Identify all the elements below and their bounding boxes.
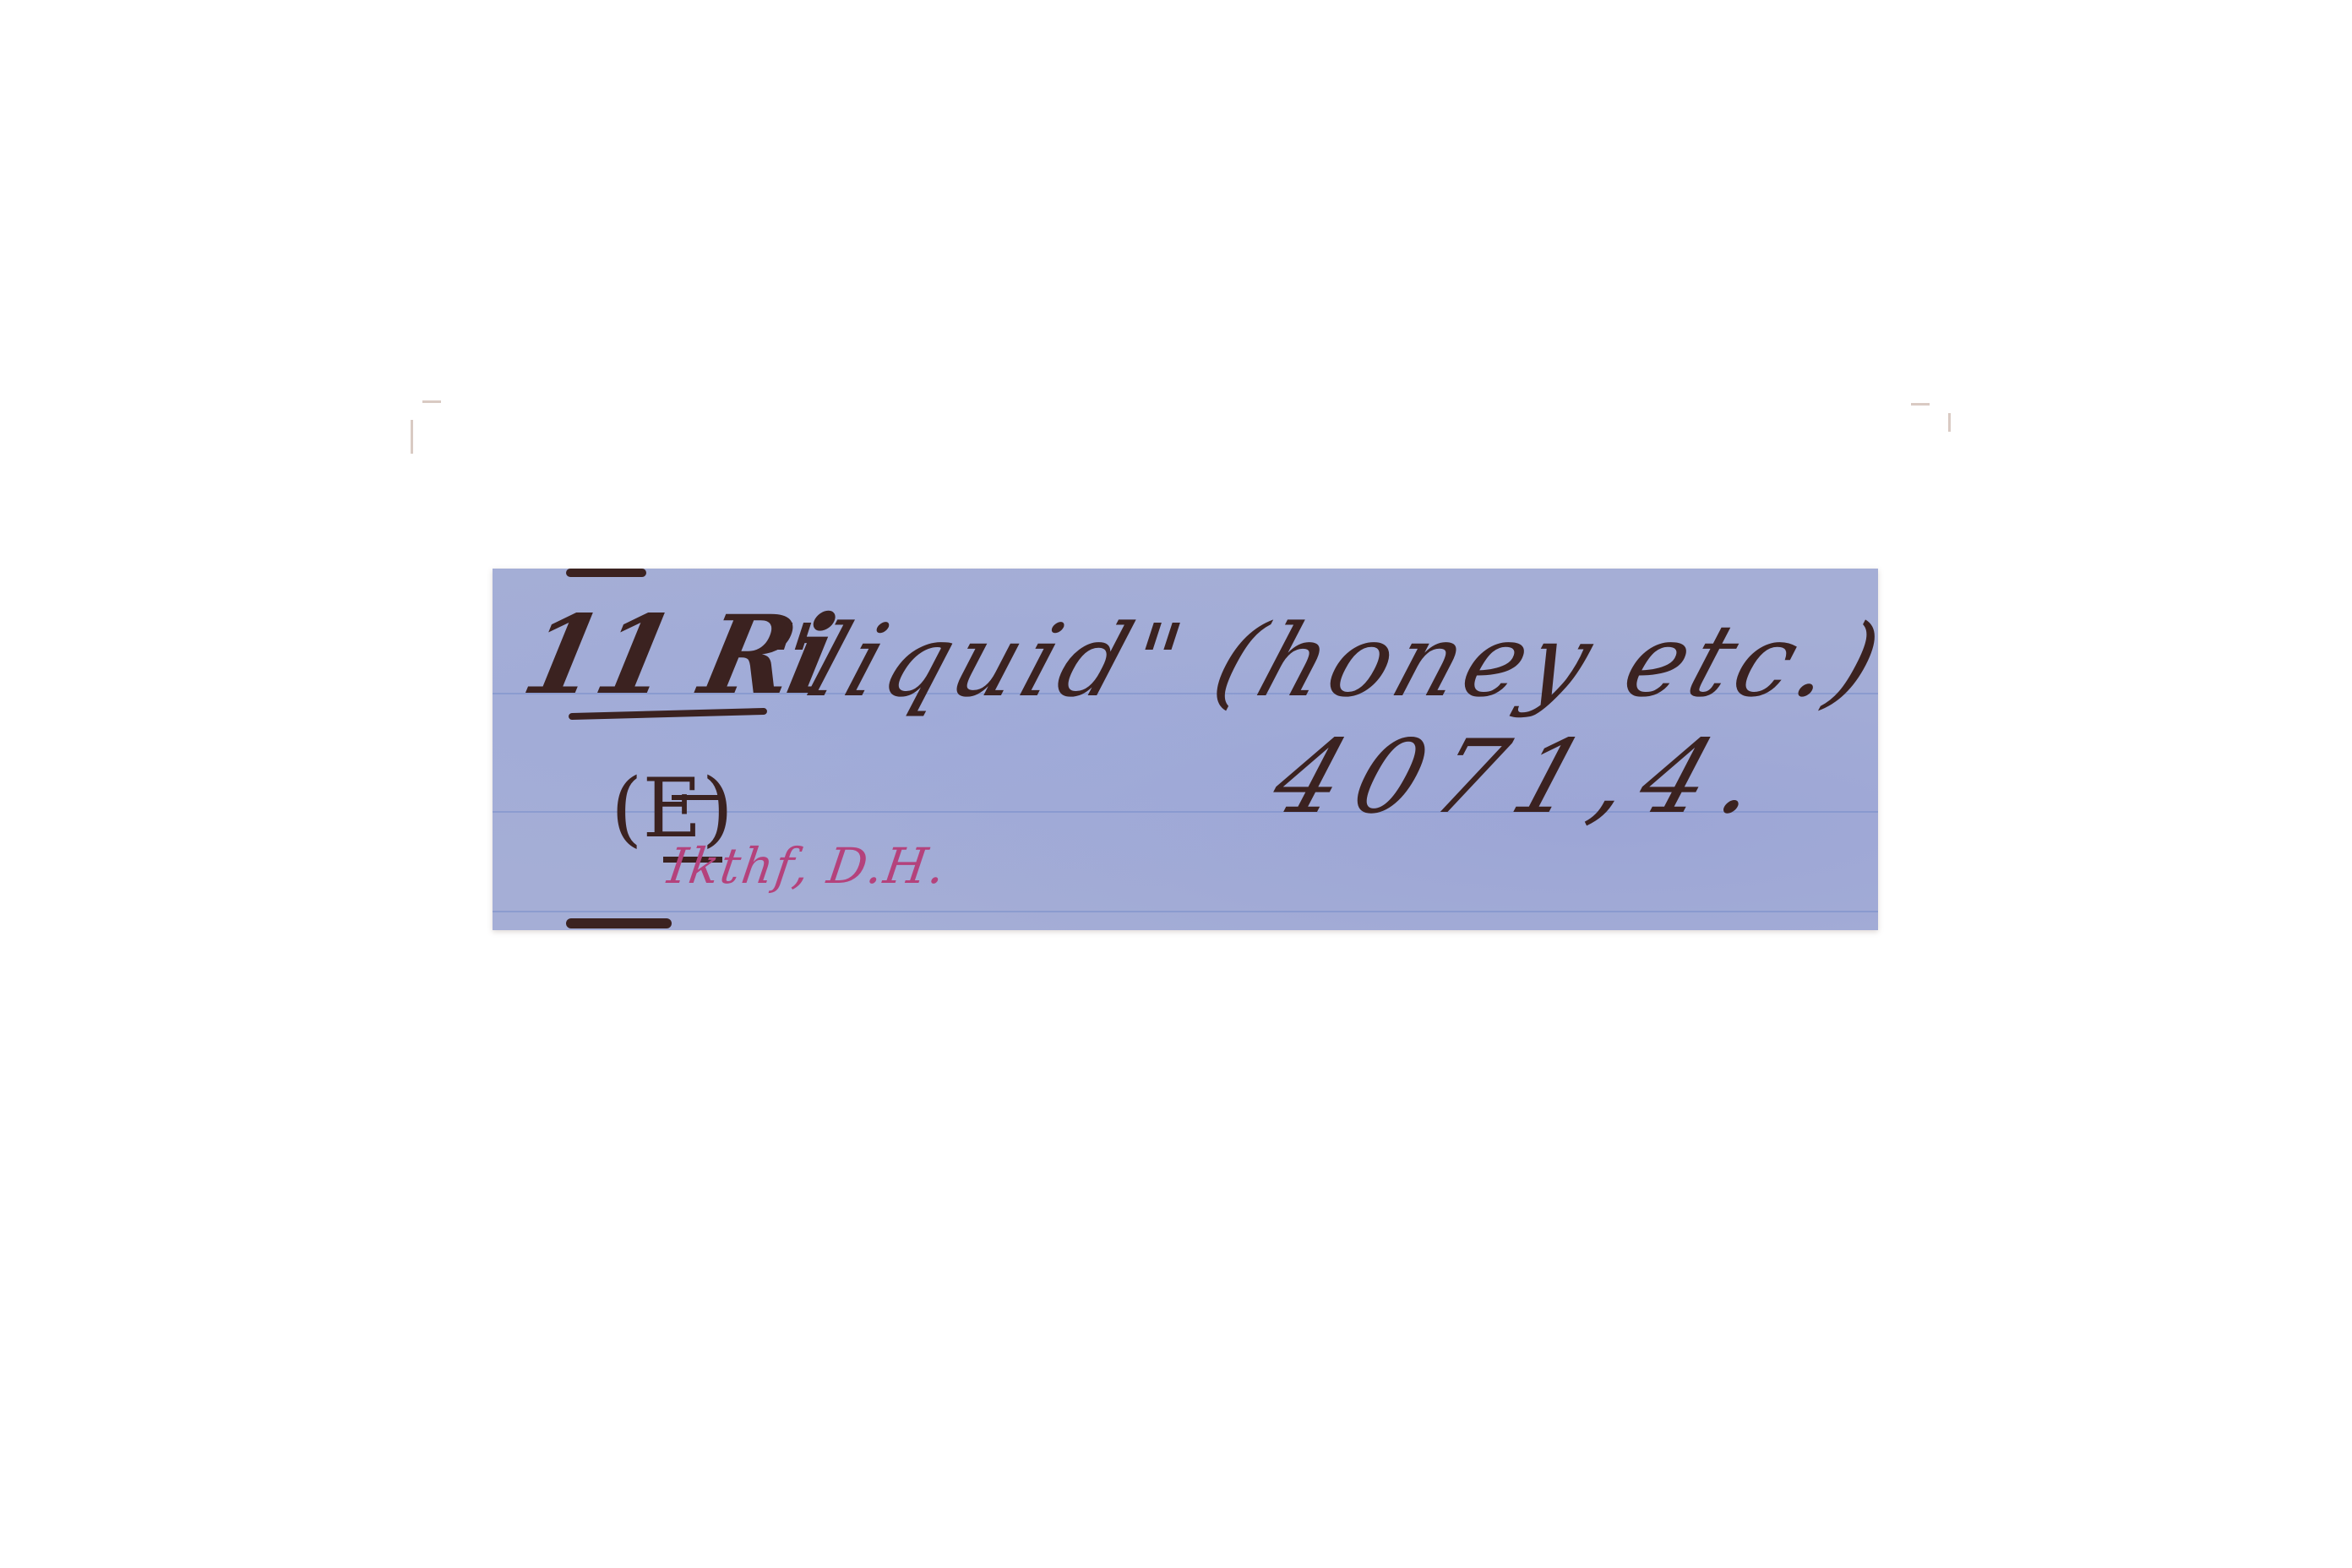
margin-tick-top bbox=[566, 569, 646, 577]
crop-mark-top-left-vertical bbox=[411, 420, 413, 454]
annotator-initials: Ikthf, D.H. bbox=[664, 837, 950, 895]
ruling-line bbox=[493, 911, 1878, 912]
margin-tick-bottom bbox=[566, 918, 672, 928]
crop-mark-top-left-horizontal bbox=[422, 400, 441, 403]
entry-term: "liquid" (honey etc.) bbox=[744, 602, 1899, 719]
crop-mark-top-right-vertical bbox=[1948, 413, 1951, 432]
reference-number: 4071,4. bbox=[1259, 719, 1790, 836]
catalog-slip: 11 Ri "liquid" (honey etc.) (E) 4071,4. … bbox=[493, 569, 1878, 930]
crop-mark-top-right-horizontal bbox=[1911, 403, 1930, 406]
section-mark-macron bbox=[672, 795, 719, 800]
